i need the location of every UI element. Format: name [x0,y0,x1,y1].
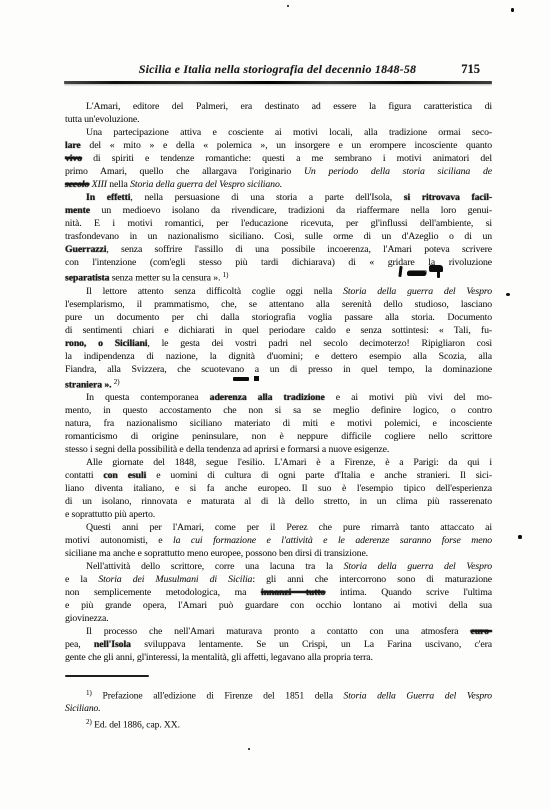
text-line: secolo XIII nella Storia della guerra de… [65,178,492,191]
styled-text: Storia della Guerra del Vespro [344,691,492,702]
styled-text: lare [65,140,81,151]
footnote-marker: 1) [86,689,92,697]
paragraph: In effetti, nella persuasione di una sto… [65,191,492,285]
text-line: liano diventa italiano, e si fa anche eu… [65,482,492,495]
text-line: Fiandra, alla Svizzera, che scuotevano a… [65,363,492,376]
ink-smudge [437,265,440,278]
text-line: pea, nell'Isola sviluppava lentamente. S… [65,638,492,651]
text-line: siciliane ma anche e soprattutto meno eu… [65,547,492,560]
text-line: Alle giornate del 1848, segue l'esilio. … [65,456,492,469]
paragraph: In questa contemporanea aderenza alla tr… [65,391,492,456]
text-line: l'esemplarismo, il prammatismo, che, se … [65,298,492,311]
styled-text: aderenza alla tradizione [210,392,325,403]
styled-text: vivo [65,153,82,164]
page-number: 715 [461,62,480,77]
text-line: vivo di spiriti e tendenze romantiche: q… [65,152,492,165]
text-line: Questi anni per l'Amari, come per il Per… [65,521,492,534]
text-line: e più grande opera, l'Amari può guardare… [65,599,492,612]
styled-text: secolo [65,179,89,190]
text-line: giovinezza. [65,612,492,625]
text-line: romanticismo di origine peninsulare, non… [65,430,492,443]
styled-text: straniera ». [65,379,111,390]
styled-text: nell'Isola [94,639,131,650]
text-line: nità. E i motivi romantici, per l'educaz… [65,217,492,230]
styled-text: si ritrovava facil- [404,192,492,203]
text-line: tutta un'evoluzione. [65,113,492,126]
paragraph: Il processo che nell'Amari maturava pron… [65,625,492,664]
text-line: In effetti, nella persuasione di una sto… [65,191,492,204]
ink-smudge [429,265,443,272]
paragraph: Nell'attività dello scrittore, corre una… [65,560,492,625]
footnote-marker: 1) [223,271,229,279]
text-line: motivi autonomisti, e la cui formazione … [65,534,492,547]
text-line: Siciliano. [65,703,492,716]
styled-text: separatista [65,273,109,284]
scanned-page: Sicilia e Italia nella storiografia del … [0,0,550,810]
body-text: L'Amari, editore del Palmeri, era destin… [65,100,492,664]
text-line: stesso i segni della possibilità e della… [65,443,492,456]
styled-text: Storia della guerra del Vespro [343,286,492,297]
text-line: natura, fra nazionalismo siciliano mater… [65,417,492,430]
running-head-title: Sicilia e Italia nella storiografia del … [65,62,490,77]
text-line: mente un medioevo isolano da rivendicare… [65,204,492,217]
text-line: la indipendenza di nazione, la dignità d… [65,350,492,363]
running-head: Sicilia e Italia nella storiografia del … [65,62,490,78]
text-line: 1) Prefazione all'edizione di Firenze de… [65,687,492,703]
text-line: L'Amari, editore del Palmeri, era destin… [65,100,492,113]
styled-text: innanzi tutto [261,587,325,598]
text-line: pure un documento per chi dalla storiogr… [65,311,492,324]
text-line: Nell'attività dello scrittore, corre una… [65,560,492,573]
text-line: non semplicemente metodologica, ma innan… [65,586,492,599]
styled-text: con esuli [103,470,146,481]
text-line: Il processo che nell'Amari maturava pron… [65,625,492,638]
ink-smudge [407,271,426,276]
styled-text: Storia della guerra del Vespro siciliano… [130,179,282,190]
styled-text: XIII [92,179,107,190]
styled-text: rono, o Siciliani [65,338,147,349]
ink-square-mark [254,376,259,381]
footnote: 2) Ed. del 1886, cap. XX. [65,716,492,732]
paragraph: L'Amari, editore del Palmeri, era destin… [65,100,492,126]
text-line: trasfondevano in un nazionalismo sicilia… [65,230,492,243]
ink-speck [248,748,250,750]
styled-text: Storia della guerra del Vespro [344,561,492,572]
styled-text: Siciliano. [65,703,101,714]
header-rule [64,81,492,84]
styled-text: Guerrazzi [65,244,106,255]
footnote-marker: 2) [114,378,120,386]
ink-speck [506,293,510,296]
footnote-marker: 2) [86,718,92,726]
paragraph: Questi anni per l'Amari, come per il Per… [65,521,492,560]
ink-dash-mark [233,377,249,381]
text-line: di un isolano, rinnovata e maturata al d… [65,495,492,508]
text-line: Guerrazzi, senza soffrire l'assillo di u… [65,243,492,256]
styled-text: mente [65,205,90,216]
text-line: primo Amari, quello che allargava l'orig… [65,165,492,178]
styled-text: In effetti [86,192,130,203]
text-line: separatista senza metter su la censura »… [65,269,492,285]
text-line: e soprattutto più aperto. [65,508,492,521]
text-line: con l'intenzione (com'egli stesso più ta… [65,256,492,269]
text-line: straniera ». 2) [65,376,492,392]
text-line: 2) Ed. del 1886, cap. XX. [65,716,492,732]
styled-text: la cui formazione e l'attività e le ader… [173,535,492,546]
paragraph: Alle giornate del 1848, segue l'esilio. … [65,456,492,521]
text-line: contatti con esuli e uomini di cultura d… [65,469,492,482]
text-line: gente che gli anni, gl'interessi, la men… [65,651,492,664]
text-line: di sentimenti chiari e dichiarati in que… [65,324,492,337]
ink-speck [518,535,522,539]
styled-text: Storia dei Musulmani di Sicilia [98,574,252,585]
text-line: In questa contemporanea aderenza alla tr… [65,391,492,404]
paragraph: Il lettore attento senza difficoltà cogl… [65,285,492,392]
text-line: Il lettore attento senza difficoltà cogl… [65,285,492,298]
text-line: mento, in questo accostamento che non si… [65,404,492,417]
styled-text: Un periodo della storia siciliana de [304,166,492,177]
footnote-separator [65,675,149,677]
text-line: e la Storia dei Musulmani di Sicilia: gl… [65,573,492,586]
styled-text: euro- [470,626,492,637]
text-line: rono, o Siciliani, le gesta dei vostri p… [65,337,492,350]
text-line: Una partecipazione attiva e cosciente ai… [65,126,492,139]
ink-speck [287,5,289,7]
paragraph: Una partecipazione attiva e cosciente ai… [65,126,492,191]
ink-speck [511,8,514,12]
footnotes: 1) Prefazione all'edizione di Firenze de… [65,687,492,732]
text-line: lare del « mito » e della « polemica », … [65,139,492,152]
footnote: 1) Prefazione all'edizione di Firenze de… [65,687,492,716]
